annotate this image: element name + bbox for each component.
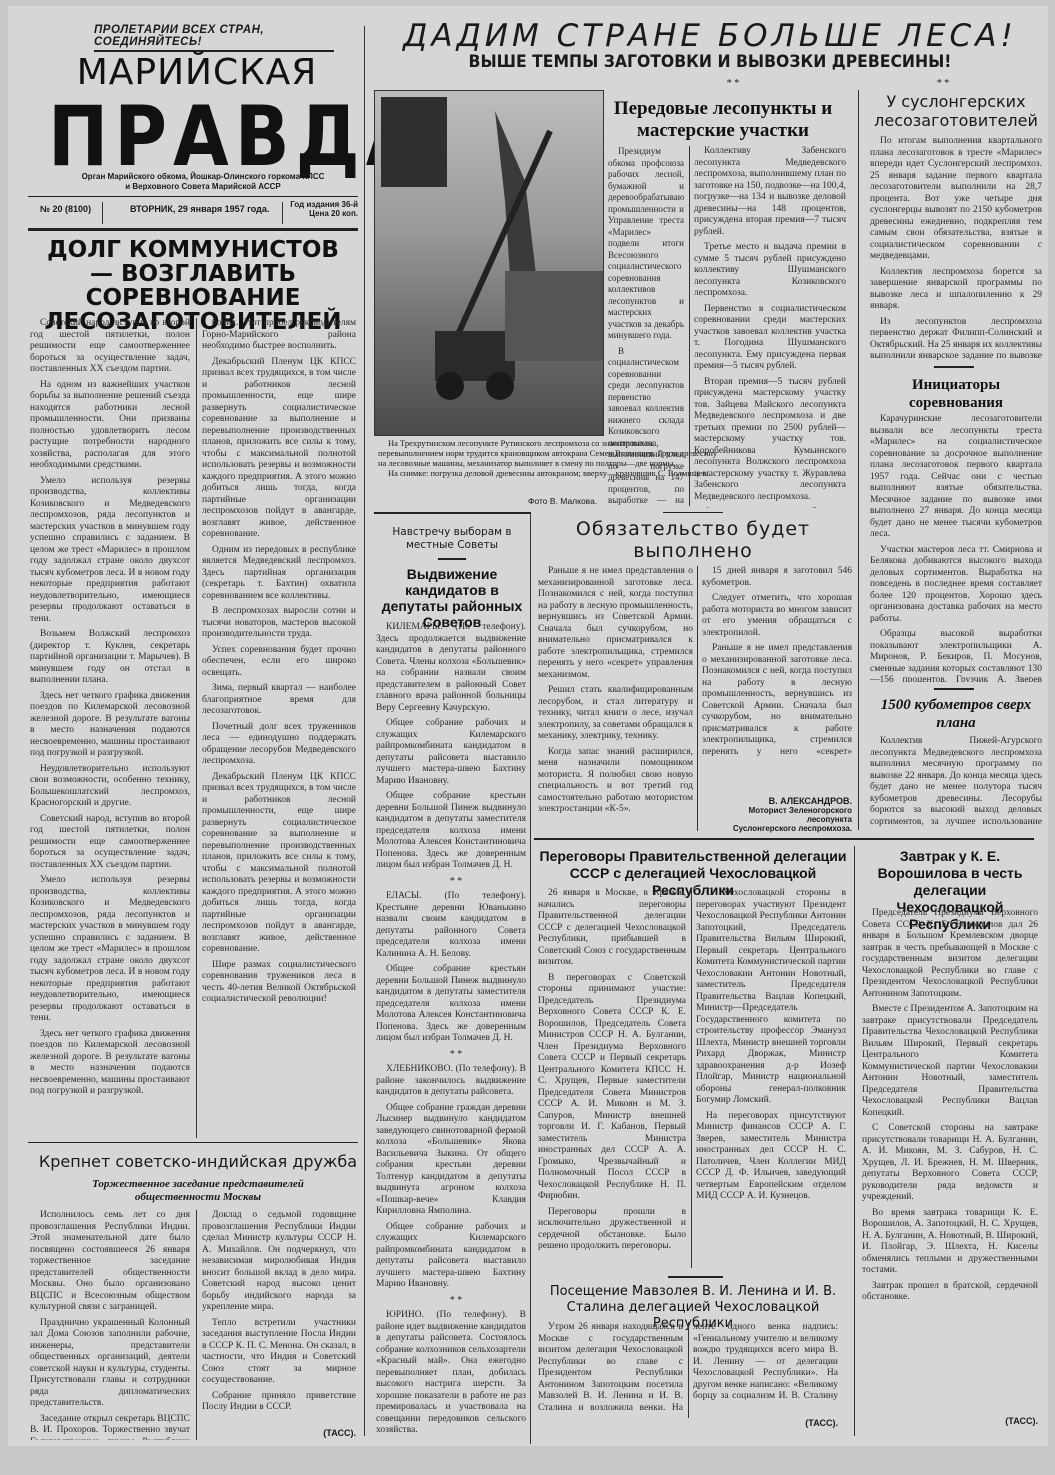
paragraph: Заседание открыл секретарь ВЦСПС В. И. П…: [30, 1414, 190, 1441]
paragraph: Завтрак прошел в братской, сердечной обс…: [862, 1281, 1038, 1304]
masthead-infobar: № 20 (8100) ВТОРНИК, 29 января 1957 года…: [30, 202, 360, 226]
obligation-signature: В. АЛЕКСАНДРОВ. Моторист Зеленогорского …: [702, 796, 852, 833]
m1500-body: Коллектив Пижей-Агурского лесопункта Мед…: [870, 736, 1042, 826]
paragraph: Председатель Президиума Верховного Совет…: [862, 908, 1038, 1000]
paragraph: Возьмем Волжский леспромхоз (директор т.…: [30, 629, 190, 687]
leading-points-headline: Передовые лесопункты и мастерские участк…: [608, 98, 838, 142]
paragraph: Почетный долг всех тружеников леса — еди…: [202, 722, 356, 768]
photo-crane-loading: [374, 90, 604, 436]
india-source: (ТАСС).: [268, 1428, 356, 1438]
paragraph: Коллективу Забенского лесопункта Медведе…: [694, 146, 846, 238]
obligation-column-2: 15 дней января я заготовил 546 кубометро…: [702, 566, 852, 756]
paragraph: Раньше я не имел представления о механиз…: [702, 643, 852, 756]
paragraph: С Советской стороны на завтраке присутст…: [862, 1123, 1038, 1204]
suslonger-headline: У суслонгерских лесозаготовителей: [868, 92, 1044, 130]
elections-body: КИЛЕМАРЫ. (По телефону). Здесь продолжае…: [376, 622, 526, 1440]
paragraph: Третье место и выдача премии в сумме 5 т…: [694, 242, 846, 300]
paragraph: В переговорах с Советской стороны приним…: [538, 973, 686, 1203]
editorial-column-2: бочих. Этот пробел руководителям Горно-М…: [202, 318, 356, 1138]
author-role: Суслонгерского леспромхоза.: [702, 824, 852, 833]
paragraph: Образцы высокой выработки показывают эле…: [870, 629, 1042, 682]
leading-points-column-1: Президиум обкома профсоюза рабочих лесно…: [608, 146, 684, 508]
paragraph: По итогам выполнения квартального плана …: [870, 136, 1042, 263]
paragraph: Умело используя резервы производства, ко…: [30, 875, 190, 1025]
paragraph: Участки мастеров леса тт. Смирнова и Бел…: [870, 545, 1042, 626]
paragraph: Следует отметить, что хорошая работа мот…: [702, 593, 852, 639]
obligation-headline: Обязательство будет выполнено: [538, 518, 848, 562]
suslonger-body: По итогам выполнения квартального плана …: [870, 136, 1042, 361]
stars-decoration: * *: [376, 1049, 526, 1061]
paragraph: Декабрьский Пленум ЦК КПСС призвал всех …: [202, 357, 356, 541]
india-headline: Крепнет советско-индийская дружба: [38, 1152, 358, 1171]
paragraph: Коллектив Пижей-Агурского лесопункта Мед…: [870, 736, 1042, 826]
paragraph: Доклад о седьмой годовщине провозглашени…: [202, 1210, 356, 1314]
paragraph: На одном из важнейших участков борьбы за…: [30, 380, 190, 472]
negotiations-column-2: С Чехословацкой стороны в переговорах уч…: [696, 888, 846, 1268]
mausoleum-source: (ТАСС).: [768, 1418, 838, 1428]
paragraph: Декабрьский Пленум ЦК КПСС призвал всех …: [202, 772, 356, 956]
paragraph: Когда запас знаний расширился, меня назн…: [538, 747, 693, 816]
elections-kicker: Навстречу выборам в местные Советы: [374, 526, 530, 552]
initiators-body: Карачуринские лесозаготовители вызвали в…: [870, 414, 1042, 682]
paragraph: Собрание приняло приветствие Послу Индии…: [202, 1391, 356, 1414]
paragraph: Раньше я не имел представления о механиз…: [538, 566, 693, 681]
paragraph: Переговоры прошли в исключительно дружес…: [538, 1207, 686, 1253]
m1500-headline: 1500 кубометров сверх плана: [868, 696, 1044, 732]
stars-decoration: * *: [933, 78, 953, 89]
author-name: В. АЛЕКСАНДРОВ.: [702, 796, 852, 806]
masthead-organ: Орган Марийского обкома, Йошкар-Олинског…: [68, 172, 338, 192]
paragraph: Отмечена хорошая работа в декабре мастер…: [694, 507, 846, 508]
paragraph: 15 дней января я заготовил 546 кубометро…: [702, 566, 852, 589]
banner-line2: ВЫШЕ ТЕМПЫ ЗАГОТОВКИ И ВЫВОЗКИ ДРЕВЕСИНЫ…: [406, 52, 1013, 72]
breakfast-body: Председатель Президиума Верховного Совет…: [862, 908, 1038, 1418]
masthead-title-line1: МАРИЙСКАЯ: [52, 52, 342, 93]
paragraph: Президиум обкома профсоюза рабочих лесно…: [608, 146, 684, 342]
paragraph: Одним из передовых в республике является…: [202, 545, 356, 603]
paragraph: бочих. Этот пробел руководителям Горно-М…: [202, 318, 356, 353]
paragraph: Утром 26 января находящаяся в Москве с г…: [538, 1322, 838, 1418]
paragraph: На переговорах присутствуют Министр фина…: [696, 1111, 846, 1203]
india-column-2: Доклад о седьмой годовщине провозглашени…: [202, 1210, 356, 1426]
paragraph: Празднично украшенный Колонный зал Дома …: [30, 1318, 190, 1410]
paragraph: Тепло встретили участники заседания выст…: [202, 1318, 356, 1387]
paragraph: ХЛЕБНИКОВО. (По телефону). В районе зако…: [376, 1064, 526, 1099]
paragraph: Общее собрание крестьян деревни Большой …: [376, 791, 526, 872]
masthead-title-line2: ПРАВДА: [48, 88, 348, 185]
stars-decoration: * *: [376, 876, 526, 888]
crane-illustration: [375, 91, 603, 435]
stars-decoration: * *: [723, 78, 743, 89]
issue-price: Цена 20 коп.: [288, 209, 358, 218]
india-column-1: Исполнилось семь лет со дня провозглашен…: [30, 1210, 190, 1440]
paragraph: КИЛЕМАРЫ. (По телефону). Здесь продолжае…: [376, 622, 526, 714]
issue-year-price: Год издания 36-й Цена 20 коп.: [288, 200, 358, 218]
obligation-column-1: Раньше я не имел представления о механиз…: [538, 566, 693, 831]
photo-credit: Фото В. Малкова.: [528, 496, 597, 506]
paragraph: ЕЛАСЫ. (По телефону). Крестьяне деревни …: [376, 891, 526, 960]
paragraph: Здесь нет четкого графика движения поезд…: [30, 1029, 190, 1098]
paragraph: Успех соревнования будет прочно обеспече…: [202, 645, 356, 680]
issue-date: ВТОРНИК, 29 января 1957 года.: [130, 204, 269, 214]
newspaper-page: ПРОЛЕТАРИИ ВСЕХ СТРАН, СОЕДИНЯЙТЕСЬ! МАР…: [8, 6, 1048, 1446]
leading-points-column-2: Коллективу Забенского лесопункта Медведе…: [694, 146, 846, 508]
paragraph: Решил стать квалифицированным лесорубом,…: [538, 685, 693, 743]
paragraph: Зима, первый квартал — наиболее благопри…: [202, 683, 356, 718]
issue-number: № 20 (8100): [40, 204, 91, 214]
organ-line1: Орган Марийского обкома, Йошкар-Олинског…: [68, 172, 338, 182]
paragraph: Первенство в социалистическом соревнован…: [694, 304, 846, 373]
paragraph: Исполнилось семь лет со дня провозглашен…: [30, 1210, 190, 1314]
paragraph: Коллектив леспромхоза борется за заверше…: [870, 267, 1042, 313]
paragraph: Из лесопунктов леспромхоза первенство де…: [870, 317, 1042, 362]
editorial-column-1: Советский народ, вступив во второй год ш…: [30, 318, 190, 1138]
paragraph: Умело используя резервы производства, ко…: [30, 476, 190, 626]
paragraph: Карачуринские лесозаготовители вызвали в…: [870, 414, 1042, 541]
masthead-slogan: ПРОЛЕТАРИИ ВСЕХ СТРАН, СОЕДИНЯЙТЕСЬ!: [94, 24, 334, 52]
paragraph: В социалистическом соревновании среди ле…: [608, 346, 684, 509]
paragraph: Советский народ, вступив во второй год ш…: [30, 814, 190, 872]
author-role: Моторист Зеленогорского лесопункта: [702, 806, 852, 824]
mausoleum-body: Утром 26 января находящаяся в Москве с г…: [538, 1322, 838, 1418]
paragraph: Во время завтрака товарищи К. Е. Ворошил…: [862, 1208, 1038, 1277]
paragraph: ЮРИНО. (По телефону). В районе идет выдв…: [376, 1310, 526, 1437]
india-subheadline: Торжественное заседание представителей о…: [78, 1178, 318, 1204]
negotiations-column-1: 26 января в Москве, в Кремле, начались п…: [538, 888, 686, 1268]
paragraph: В леспромхозах выросли сотни и тысячи но…: [202, 606, 356, 641]
initiators-headline: Инициаторы соревнования: [868, 376, 1044, 412]
paragraph: Вторая премия—5 тысяч рублей присуждена …: [694, 377, 846, 504]
paragraph: Общее собрание рабочих и служащих Килема…: [376, 1222, 526, 1291]
paragraph: Общее собрание граждан деревни Лысинер в…: [376, 1103, 526, 1218]
paragraph: С Чехословацкой стороны в переговорах уч…: [696, 888, 846, 1107]
paragraph: 26 января в Москве, в Кремле, начались п…: [538, 888, 686, 969]
paragraph: Неудовлетворительно используют свои возм…: [30, 764, 190, 810]
breakfast-source: (ТАСС).: [968, 1416, 1038, 1426]
banner-line1: ДАДИМ СТРАНЕ БОЛЬШЕ ЛЕСА!: [380, 18, 1040, 54]
stars-decoration: * *: [376, 1295, 526, 1307]
elections-headline: Выдвижение кандидатов в депутаты районны…: [374, 566, 530, 630]
paragraph: Шире размах социалистического соревнован…: [202, 960, 356, 1006]
issue-year: Год издания 36-й: [288, 200, 358, 209]
paragraph: Вместе с Президентом А. Запотоцким на за…: [862, 1004, 1038, 1119]
paragraph: Здесь нет четкого графика движения поезд…: [30, 691, 190, 760]
paragraph: Советский народ, вступив во второй год ш…: [30, 318, 190, 376]
paragraph: Общее собрание рабочих и служащих Килема…: [376, 718, 526, 787]
organ-line2: и Верховного Совета Марийской АССР: [68, 182, 338, 192]
paragraph: Общее собрание крестьян деревни Большой …: [376, 964, 526, 1045]
